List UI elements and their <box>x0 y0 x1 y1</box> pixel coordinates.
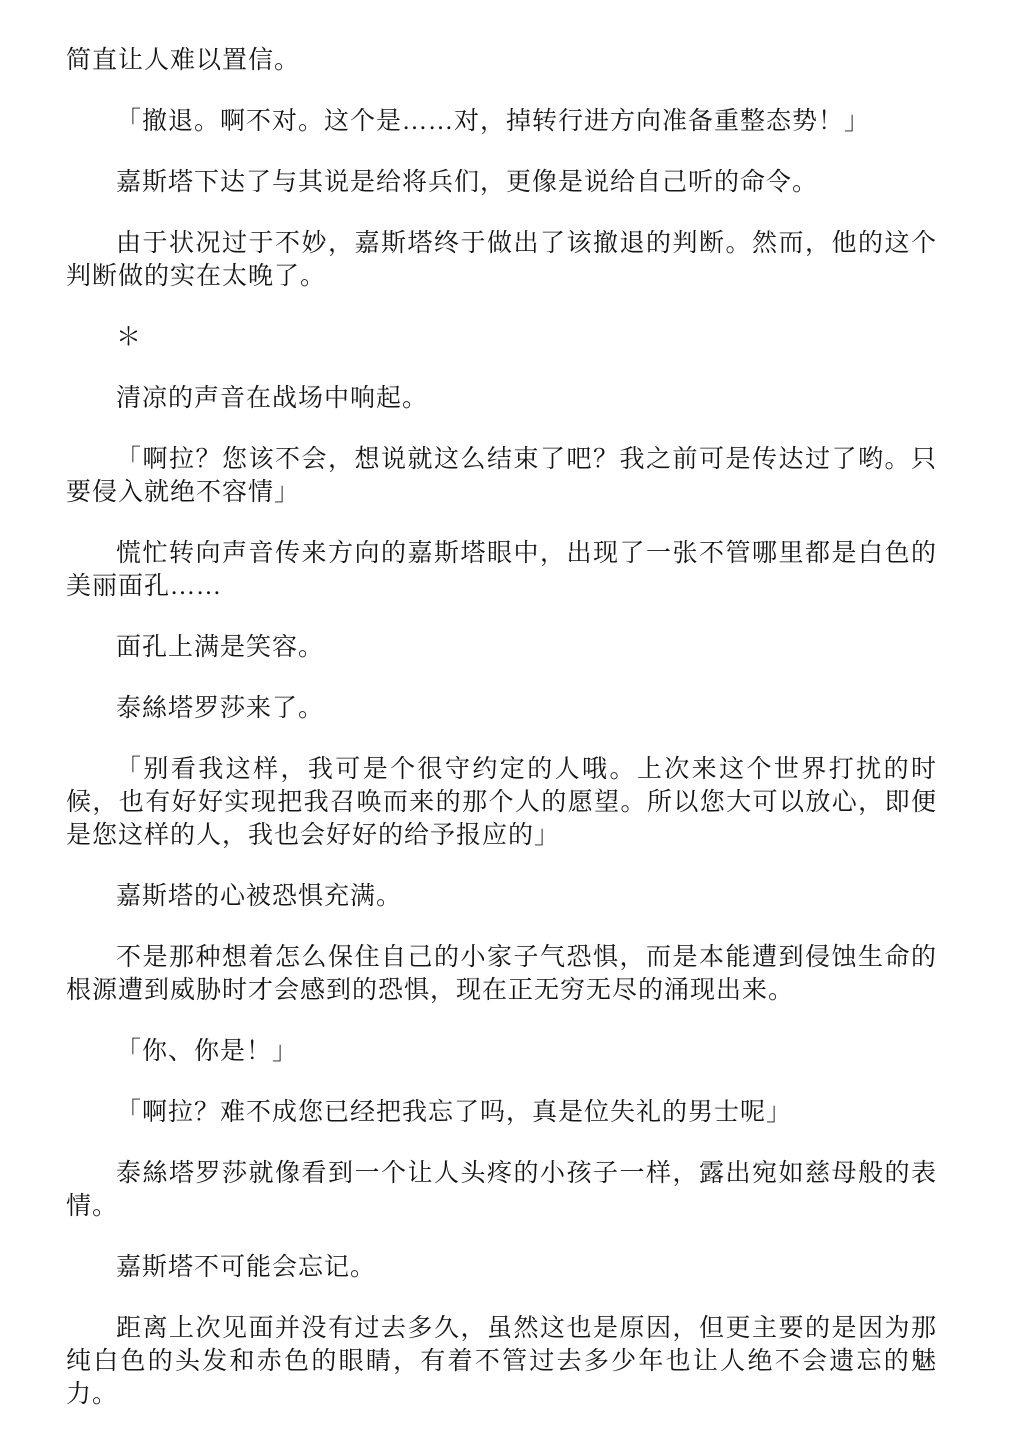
paragraph: 嘉斯塔不可能会忘记。 <box>66 1251 937 1284</box>
paragraph: 面孔上满是笑容。 <box>66 631 937 664</box>
section-separator: ＊ <box>66 321 937 354</box>
paragraph: 简直让人难以置信。 <box>66 44 937 77</box>
paragraph: 清凉的声音在战场中响起。 <box>66 382 937 415</box>
paragraph: 不是那种想着怎么保住自己的小家子气恐惧，而是本能遭到侵蚀生命的根源遭到威胁时才会… <box>66 941 937 1007</box>
paragraph: 「别看我这样，我可是个很守约定的人哦。上次来这个世界打扰的时候，也有好好实现把我… <box>66 753 937 852</box>
paragraph: 慌忙转向声音传来方向的嘉斯塔眼中，出现了一张不管哪里都是白色的美丽面孔…… <box>66 537 937 603</box>
paragraph: 嘉斯塔的心被恐惧充满。 <box>66 880 937 913</box>
paragraph: 「啊拉？您该不会，想说就这么结束了吧？我之前可是传达过了哟。只要侵入就绝不容情」 <box>66 443 937 509</box>
document-page: 简直让人难以置信。「撤退。啊不对。这个是……对，掉转行进方向准备重整态势！」嘉斯… <box>0 0 1017 1437</box>
paragraph: 「你、你是！」 <box>66 1035 937 1068</box>
paragraph: 距离上次见面并没有过去多久，虽然这也是原因，但更主要的是因为那纯白色的头发和赤色… <box>66 1312 937 1411</box>
paragraph: 「啊拉？难不成您已经把我忘了吗，真是位失礼的男士呢」 <box>66 1096 937 1129</box>
paragraph: 泰絲塔罗莎来了。 <box>66 692 937 725</box>
paragraph: 泰絲塔罗莎就像看到一个让人头疼的小孩子一样，露出宛如慈母般的表情。 <box>66 1157 937 1223</box>
paragraph: 「撤退。啊不对。这个是……对，掉转行进方向准备重整态势！」 <box>66 105 937 138</box>
paragraph-container: 简直让人难以置信。「撤退。啊不对。这个是……对，掉转行进方向准备重整态势！」嘉斯… <box>66 44 937 1411</box>
paragraph: 嘉斯塔下达了与其说是给将兵们，更像是说给自己听的命令。 <box>66 166 937 199</box>
paragraph: 由于状况过于不妙，嘉斯塔终于做出了该撤退的判断。然而，他的这个判断做的实在太晚了… <box>66 227 937 293</box>
